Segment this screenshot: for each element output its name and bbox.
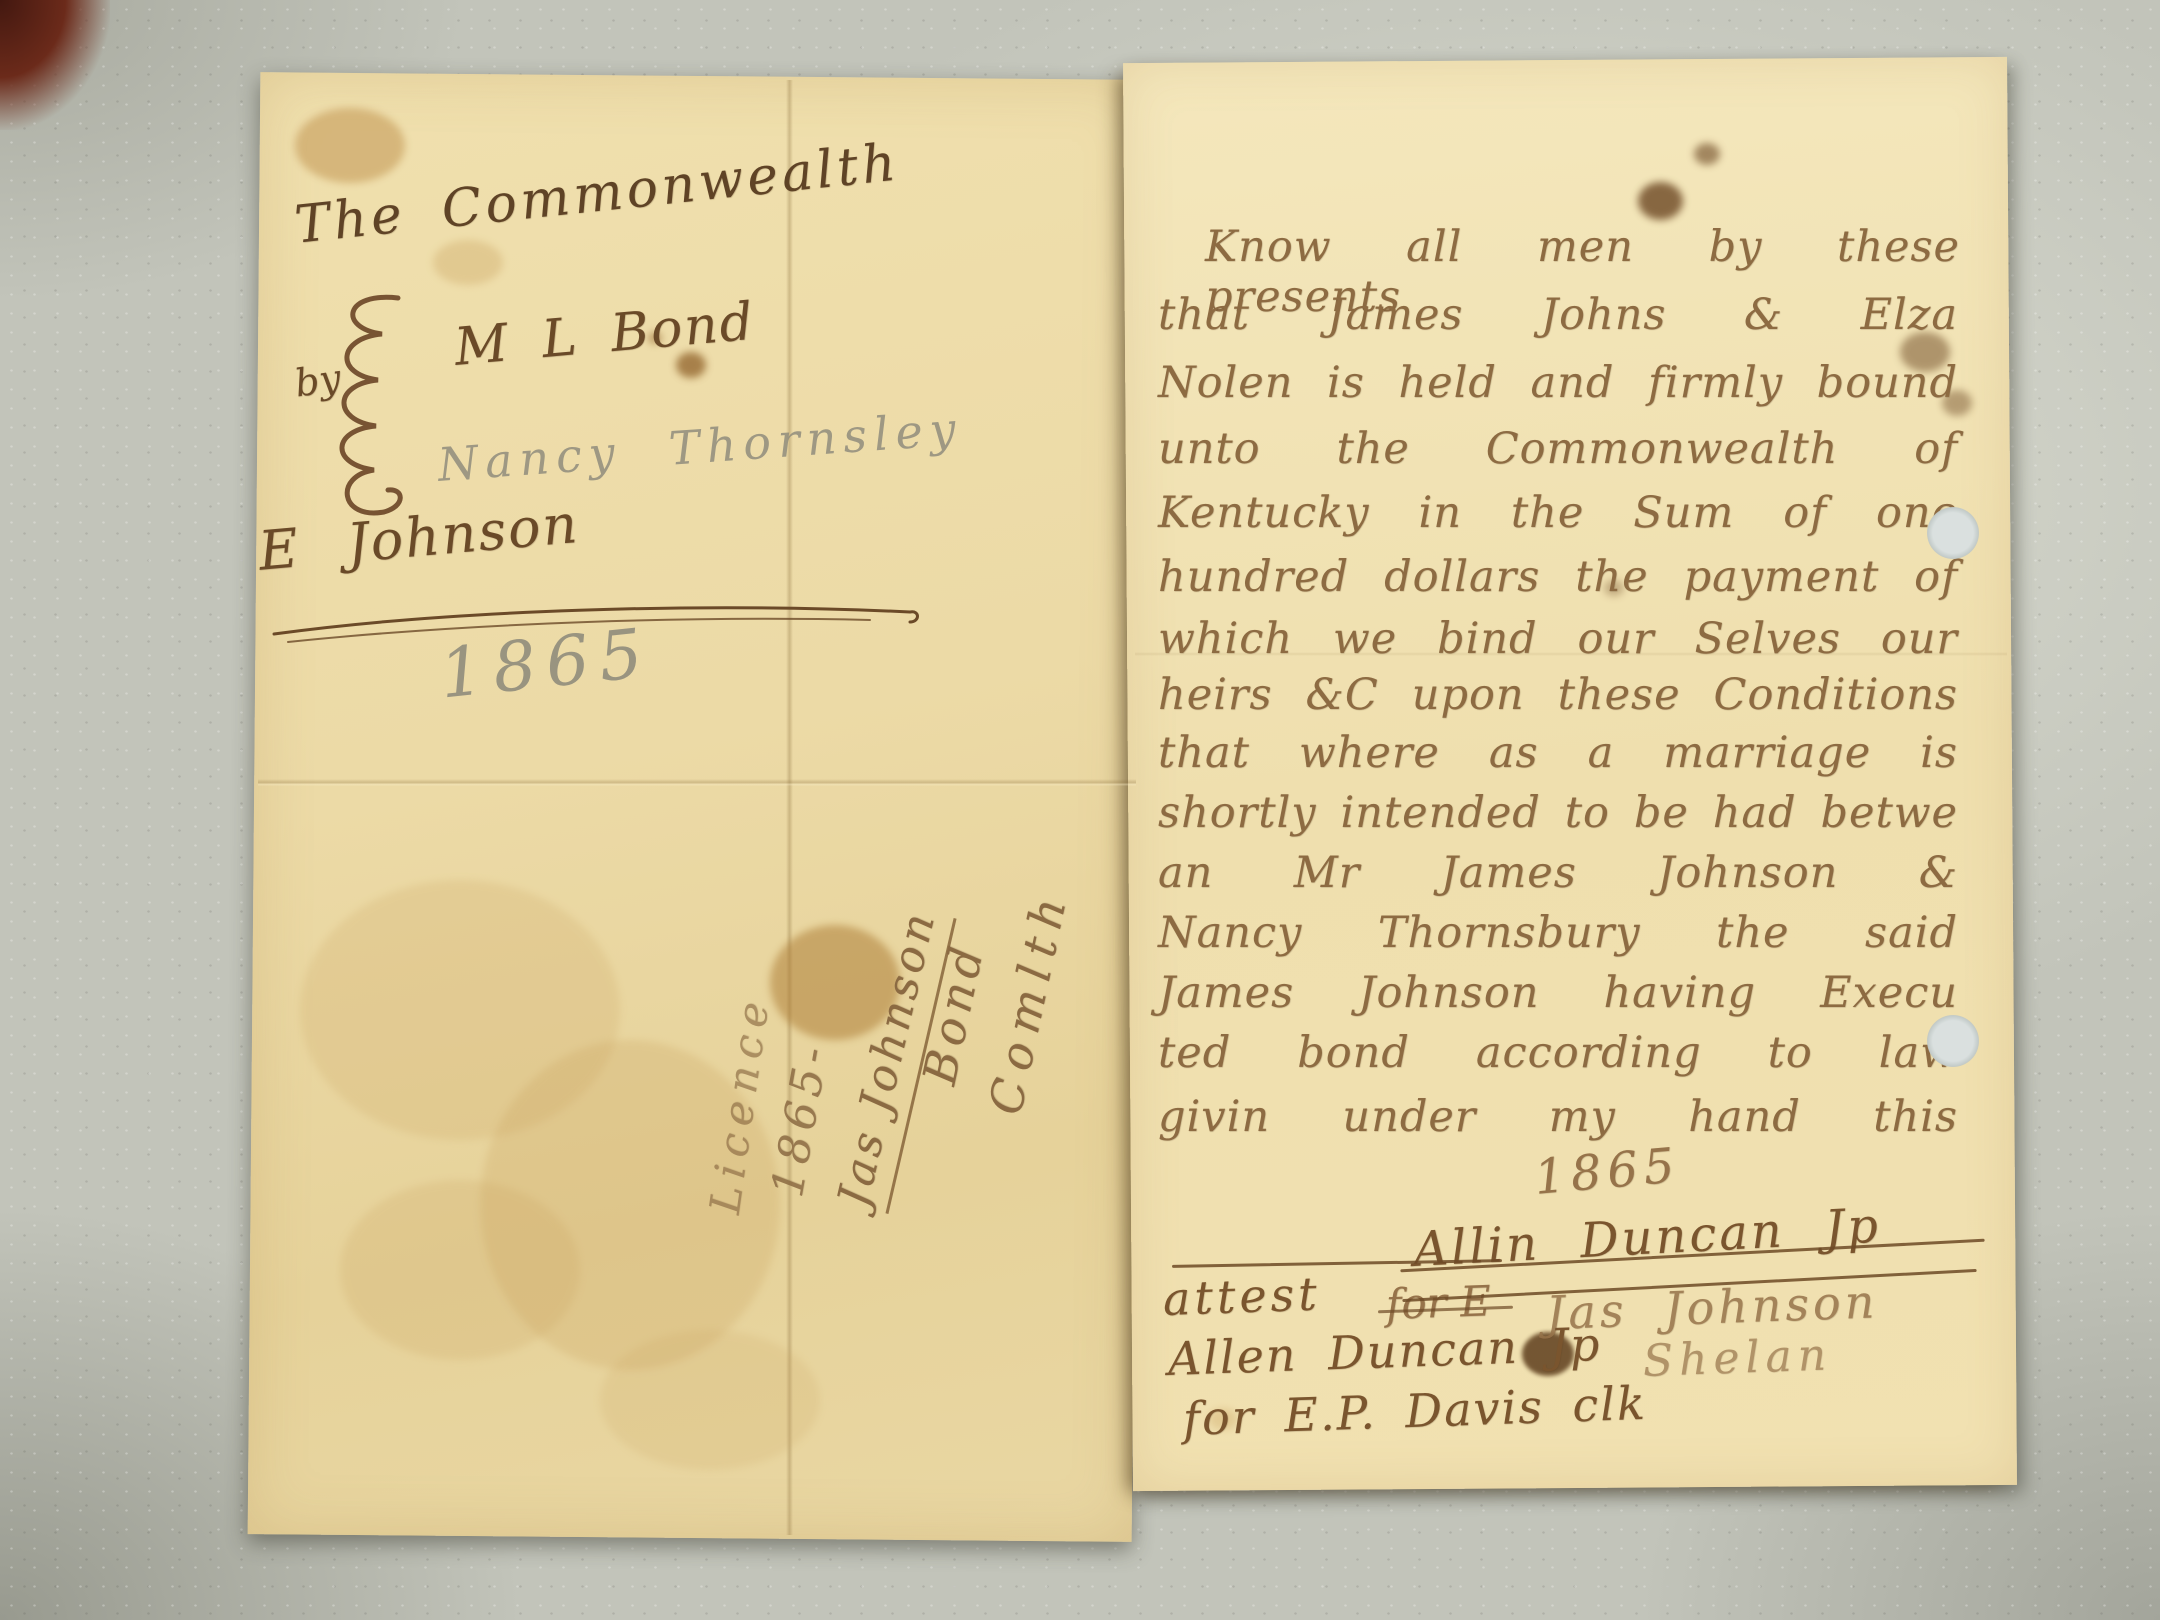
bond-text-line: heirs &C upon these Conditions (1158, 670, 1958, 720)
bond-text-line: Kentucky in the Sum of one (1158, 488, 1958, 538)
bond-text-line: Nancy Thornsbury the said (1158, 908, 1958, 958)
document-photo: The Commonwealth by M L Bond Nancy Thorn… (0, 0, 2160, 1620)
signature-flourish: Shelan (1642, 1329, 1833, 1387)
bond-text-line: that James Johns & Elza (1158, 290, 1958, 340)
bond-text-line: Nolen is held and firmly bound (1158, 358, 1958, 408)
bond-text-line: givin under my hand this (1158, 1092, 1958, 1142)
bond-text-line: an Mr James Johnson & (1158, 848, 1958, 898)
punch-hole-bottom (1927, 1015, 1979, 1067)
bond-text-line: unto the Commonwealth of (1158, 424, 1958, 474)
bond-text-line: hundred dollars the payment of (1158, 552, 1958, 602)
brace-icon (326, 292, 422, 528)
photo-corner-shadow (0, 0, 110, 130)
bond-text-line: that where as a marriage is (1158, 728, 1958, 778)
bond-text-line: shortly intended to be had betwe (1158, 788, 1958, 838)
punch-hole-top (1927, 507, 1979, 559)
bond-text-line: which we bind our Selves our (1158, 614, 1958, 664)
bond-text-line: ted bond according to law (1158, 1028, 1958, 1078)
attest-label: attest (1162, 1266, 1322, 1325)
bond-text-line: James Johnson having Execu (1158, 968, 1958, 1018)
